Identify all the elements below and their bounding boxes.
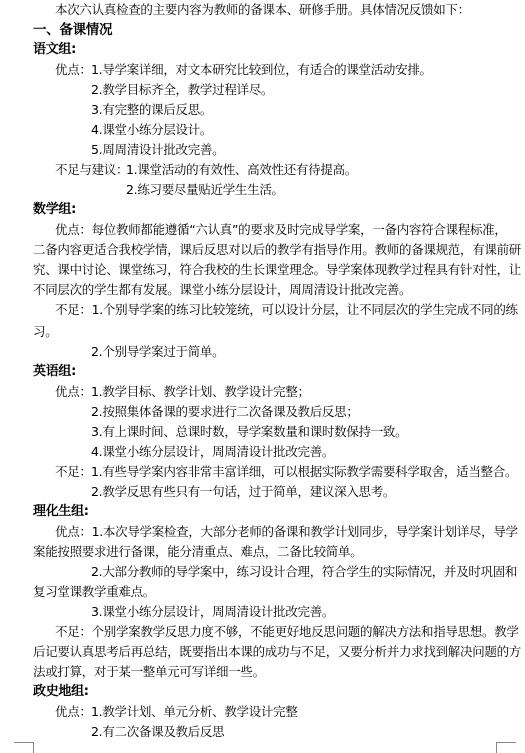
paragraph-line: 习。 [33, 322, 57, 342]
list-item: 1.导学案详细，对文本研究比较到位，有适合的课堂活动安排。 [91, 60, 432, 80]
group-title-math: 数学组: [33, 200, 76, 220]
group-title-humanities: 政史地组: [33, 682, 89, 702]
list-item: 3.课堂小练分层设计，周周清设计批改完善。 [91, 602, 334, 622]
list-item: 1.教学计划、单元分析、教学设计完整 [91, 702, 298, 722]
paragraph-line: 二备内容更适合我校学情，课后反思对以后的教学有指导作用。教师的备课规范，有课前研 [33, 240, 521, 260]
paragraph-line: 究、课中讨论、课堂练习，符合我校的生长课堂理念。导学案体现教学过程具有针对性，让 [33, 260, 521, 280]
paragraph-line: 法或打算，对于某一整单元可写详细一些。 [33, 662, 265, 682]
list-item: 1.有些导学案内容非常丰富详细，可以根据实际教学需要科学取舍，适当整合。 [91, 462, 517, 482]
merits-label: 优点： [55, 60, 92, 80]
list-item: 4.课堂小练分层设计，周周清设计批改完善。 [91, 442, 334, 462]
merits-label: 优点： [55, 702, 92, 722]
intro-paragraph: 本次六认真检查的主要内容为教师的备课本、研修手册。具体情况反馈如下： [55, 0, 470, 20]
list-item: 2.教学目标齐全，教学过程详尽。 [91, 80, 273, 100]
paragraph-line: 后记要认真思考后再总结，既要指出本课的成功与不足，又要分析并力求找到解决问题的方 [33, 642, 521, 662]
list-item: 3.有上课时间、总课时数，导学案数量和课时数保持一致。 [91, 422, 407, 442]
list-item: 2.个别导学案过于简单。 [91, 342, 224, 362]
list-item: 4.课堂小练分层设计。 [91, 120, 212, 140]
weakness-label: 不足： [55, 462, 92, 482]
list-item: 2.有二次备课及教后反思 [91, 722, 224, 742]
document-page: 本次六认真检查的主要内容为教师的备课本、研修手册。具体情况反馈如下： 一、备课情… [0, 0, 525, 753]
paragraph-line: 不足：1.个别导学案的练习比较笼统，可以设计分层，让不同层次的学生完成不同的练 [55, 300, 518, 320]
group-title-english: 英语组: [33, 362, 76, 382]
page-corner-mark-left [14, 742, 34, 753]
list-item: 5.周周清设计批改完善。 [91, 140, 224, 160]
list-item: 1.课堂活动的有效性、高效性还有待提高。 [126, 160, 357, 180]
paragraph-line: 复习堂课教学重难点。 [33, 582, 155, 602]
weakness-label: 不足与建议： [55, 160, 128, 180]
paragraph-line: 2.大部分教师的导学案中，练习设计合理，符合学生的实际情况，并及时巩固和 [91, 562, 517, 582]
page-corner-mark-right [496, 742, 516, 753]
list-item: 2.教学反思有些只有一句话，过于简单，建议深入思考。 [91, 482, 395, 502]
list-item: 1.教学目标、教学计划、教学设计完整； [91, 382, 310, 402]
paragraph-line: 优点：每位教师都能遵循“六认真”的要求及时完成导学案，一备内容符合课程标准， [55, 220, 507, 240]
paragraph-line: 不足：个别学案教学反思力度不够，不能更好地反思问题的解决方法和指导思想。教学 [55, 622, 519, 642]
merits-label: 优点： [55, 382, 92, 402]
paragraph-line: 不同层次的学生都有发展。课堂小练分层设计，周周清设计批改完善。 [33, 280, 411, 300]
group-title-science: 理化生组: [33, 502, 89, 522]
paragraph-line: 案能按照要求进行备课，能分清重点、难点，二备比较简单。 [33, 542, 362, 562]
group-title-chinese: 语文组: [33, 40, 76, 60]
list-item: 3.有完整的课后反思。 [91, 100, 212, 120]
paragraph-line: 优点：1.本次导学案检查，大部分老师的备课和教学计划同步，导学案计划详尽，导学 [55, 522, 518, 542]
list-item: 2.按照集体备课的要求进行二次备课及教后反思； [91, 402, 359, 422]
list-item: 2.练习要尽量贴近学生生活。 [126, 180, 284, 200]
section-heading: 一、备课情况 [33, 20, 112, 40]
